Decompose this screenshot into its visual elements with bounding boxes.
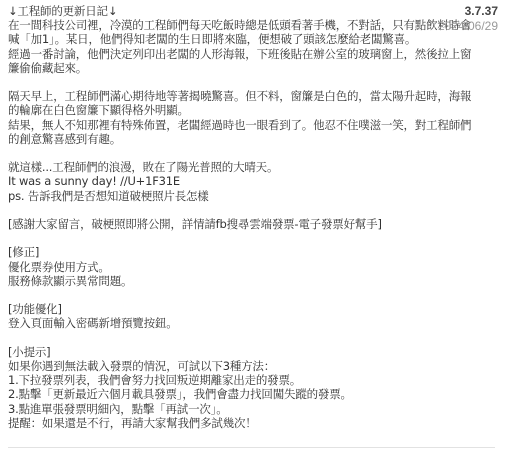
improvement-item: 登入頁面輸入密碼新增預覽按鈕。 [8,316,432,330]
tips-heading: [小提示] [8,345,432,359]
story-line: 經過一番討論，他們決定列印出老闆的人形海報，下班後貼在辦公室的玻璃窗上，然後拉上… [8,47,432,61]
story-line: 就這樣...工程師們的浪漫，敗在了陽光普照的大晴天。 [8,160,432,174]
story-line: 的輪廓在白色窗簾下顯得格外明顯。 [8,103,432,117]
story-line: 喊「加1」。某日，他們得知老闆的生日即將來臨，便想破了頭該怎麼給老闆驚喜。 [8,32,432,46]
story-line: ps. 告訴我們是否想知道破梗照片長怎樣 [8,189,432,203]
spacer [8,75,432,89]
release-title: ↓工程師的更新日記↓ [8,4,432,18]
notice-text: [感謝大家留言，破梗照即將公開，詳情請fb搜尋雲端發票-電子發票好幫手] [8,217,432,231]
tips-intro: 如果你遇到無法載入發票的情況，可試以下3種方法： [8,359,432,373]
release-meta: 3.7.37 2024/06/29 [428,4,498,33]
story-line: 的創意驚喜感到有趣。 [8,132,432,146]
spacer [8,231,432,245]
version-label: 3.7.37 [428,4,498,18]
story-line: 在一間科技公司裡，冷漠的工程師們每天吃飯時總是低頭看著手機，不對話，只有點飲料時… [8,18,432,32]
release-date: 2024/06/29 [428,19,498,33]
story-line: 結果，無人不知那裡有特殊佈置，老闆經過時也一眼看到了。他忍不住噗滋一笑，對工程師… [8,118,432,132]
spacer [8,146,432,160]
entry-divider [8,447,495,448]
fix-item: 服務條款顯示異常問題。 [8,274,432,288]
tip-item: 1.下拉發票列表，我們會努力找回叛逆期離家出走的發票。 [8,373,432,387]
spacer [8,203,432,217]
fixes-heading: [修正] [8,245,432,259]
story-line: 簾偷偷藏起來。 [8,61,432,75]
spacer [8,288,432,302]
story-line: It was a sunny day! //U+1F31E [8,174,432,188]
tips-reminder: 提醒：如果還是不行，再請大家幫我們多試幾次！ [8,416,432,430]
tip-item: 2.點擊「更新最近六個月載具發票」，我們會盡力找回闖失蹤的發票。 [8,387,432,401]
fix-item: 優化票券使用方式。 [8,260,432,274]
tip-item: 3.點進單張發票明細內，點擊「再試一次」。 [8,402,432,416]
improvements-heading: [功能優化] [8,302,432,316]
spacer [8,331,432,345]
release-notes-content: ↓工程師的更新日記↓ 在一間科技公司裡，冷漠的工程師們每天吃飯時總是低頭看著手機… [8,4,432,430]
story-line: 隔天早上，工程師們滿心期待地等著揭曉驚喜。但不料，窗簾是白色的，當太陽升起時，海… [8,89,432,103]
